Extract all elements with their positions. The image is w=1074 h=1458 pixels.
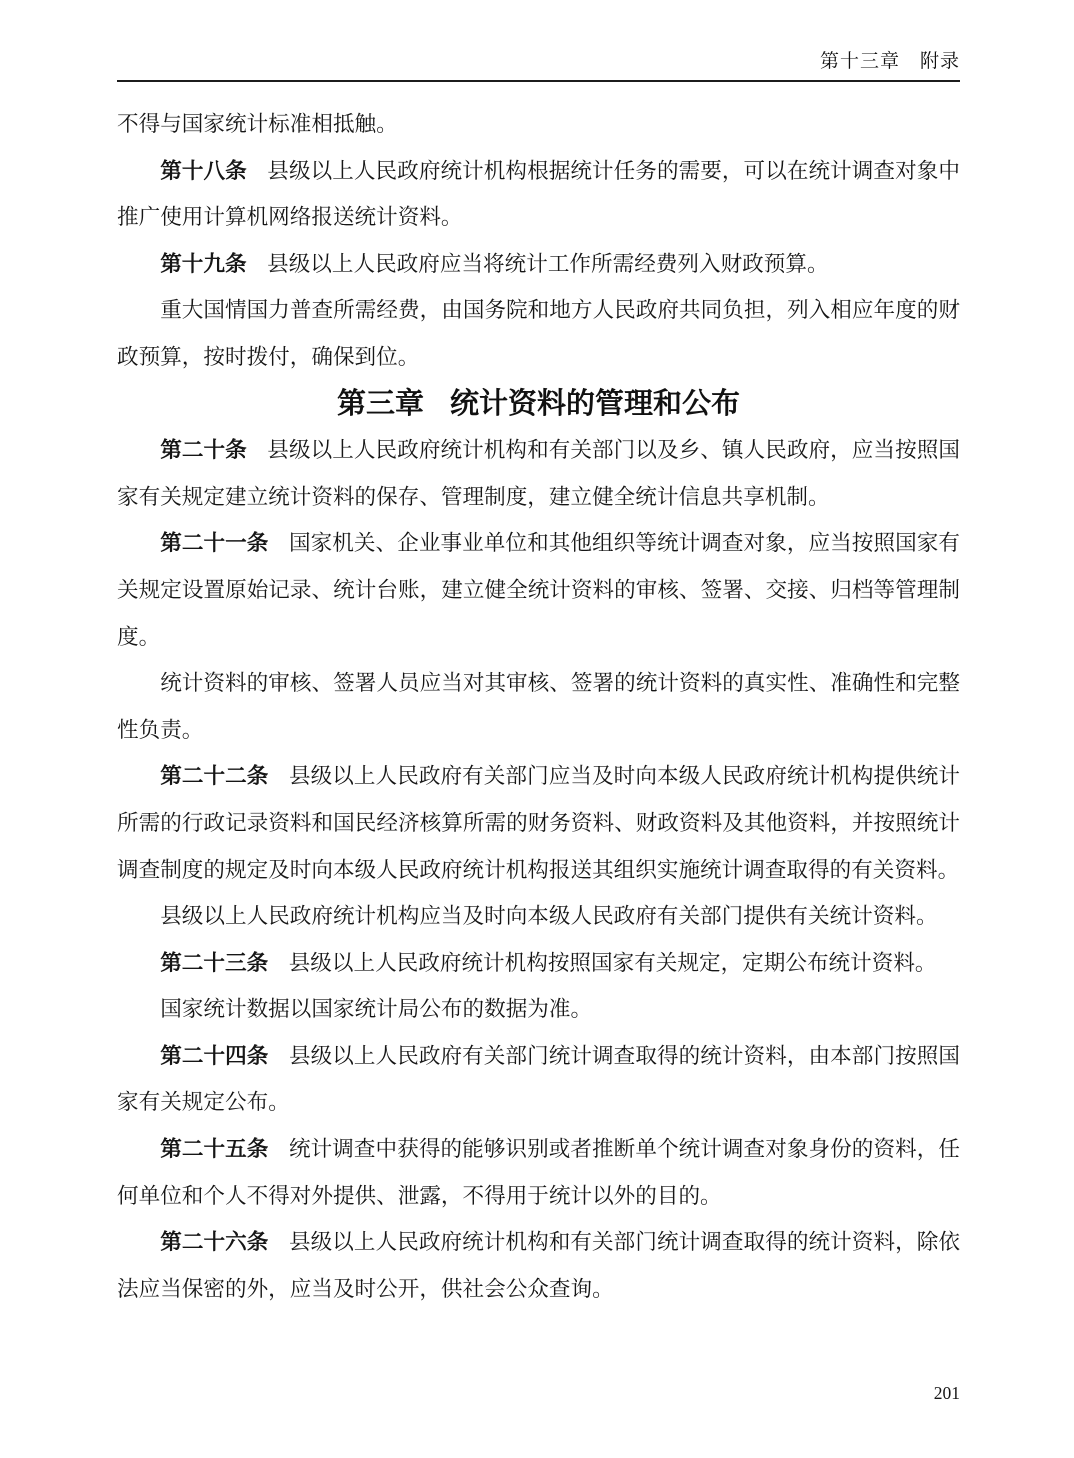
paragraph-text: 不得与国家统计标准相抵触。 (117, 112, 398, 136)
article-label: 第二十六条 (160, 1229, 268, 1254)
article-label: 第二十五条 (160, 1136, 268, 1161)
paragraph: 重大国情国力普查所需经费，由国务院和地方人民政府共同负担，列入相应年度的财政预算… (117, 287, 960, 380)
paragraph: 第二十二条县级以上人民政府有关部门应当及时向本级人民政府统计机构提供统计所需的行… (117, 753, 960, 893)
paragraph: 国家统计数据以国家统计局公布的数据为准。 (117, 986, 960, 1033)
chapter-number: 第三章 (337, 388, 424, 420)
paragraph: 第二十四条县级以上人民政府有关部门统计调查取得的统计资料，由本部门按照国家有关规… (117, 1033, 960, 1126)
article-label: 第二十二条 (160, 763, 268, 788)
article-label: 第二十三条 (160, 950, 268, 975)
paragraph: 第二十条县级以上人民政府统计机构和有关部门以及乡、镇人民政府，应当按照国家有关规… (117, 427, 960, 520)
article-label: 第二十四条 (160, 1043, 268, 1068)
paragraph: 统计资料的审核、签署人员应当对其审核、签署的统计资料的真实性、准确性和完整性负责… (117, 660, 960, 753)
paragraph: 第二十六条县级以上人民政府统计机构和有关部门统计调查取得的统计资料，除依法应当保… (117, 1219, 960, 1312)
chapter-heading: 第三章统计资料的管理和公布 (117, 381, 960, 428)
article-label: 第十九条 (160, 251, 246, 276)
paragraph-text: 重大国情国力普查所需经费，由国务院和地方人民政府共同负担，列入相应年度的财政预算… (117, 298, 960, 369)
header-rule (117, 80, 960, 82)
article-label: 第十八条 (160, 158, 247, 183)
paragraph-text: 县级以上人民政府统计机构应当及时向本级人民政府有关部门提供有关统计资料。 (160, 904, 937, 928)
paragraph: 第二十一条国家机关、企业事业单位和其他组织等统计调查对象，应当按照国家有关规定设… (117, 520, 960, 660)
paragraph-text: 统计资料的审核、签署人员应当对其审核、签署的统计资料的真实性、准确性和完整性负责… (117, 671, 960, 742)
paragraph-text: 县级以上人民政府应当将统计工作所需经费列入财政预算。 (267, 252, 828, 276)
paragraph: 县级以上人民政府统计机构应当及时向本级人民政府有关部门提供有关统计资料。 (117, 893, 960, 940)
chapter-title: 统计资料的管理和公布 (450, 388, 740, 420)
document-body: 不得与国家统计标准相抵触。 第十八条县级以上人民政府统计机构根据统计任务的需要，… (117, 101, 960, 1312)
article-label: 第二十一条 (160, 530, 268, 555)
paragraph: 第二十五条统计调查中获得的能够识别或者推断单个统计调查对象身份的资料，任何单位和… (117, 1126, 960, 1219)
article-label: 第二十条 (160, 437, 247, 462)
paragraph-text: 县级以上人民政府统计机构按照国家有关规定，定期公布统计资料。 (289, 951, 937, 975)
paragraph: 第十八条县级以上人民政府统计机构根据统计任务的需要，可以在统计调查对象中推广使用… (117, 148, 960, 241)
running-header: 第十三章 附录 (117, 0, 960, 74)
page-number: 201 (934, 1381, 960, 1405)
paragraph: 不得与国家统计标准相抵触。 (117, 101, 960, 148)
document-page: 第十三章 附录 不得与国家统计标准相抵触。 第十八条县级以上人民政府统计机构根据… (0, 0, 1074, 1458)
paragraph: 第十九条县级以上人民政府应当将统计工作所需经费列入财政预算。 (117, 241, 960, 288)
paragraph: 第二十三条县级以上人民政府统计机构按照国家有关规定，定期公布统计资料。 (117, 940, 960, 987)
paragraph-text: 国家统计数据以国家统计局公布的数据为准。 (160, 997, 592, 1021)
